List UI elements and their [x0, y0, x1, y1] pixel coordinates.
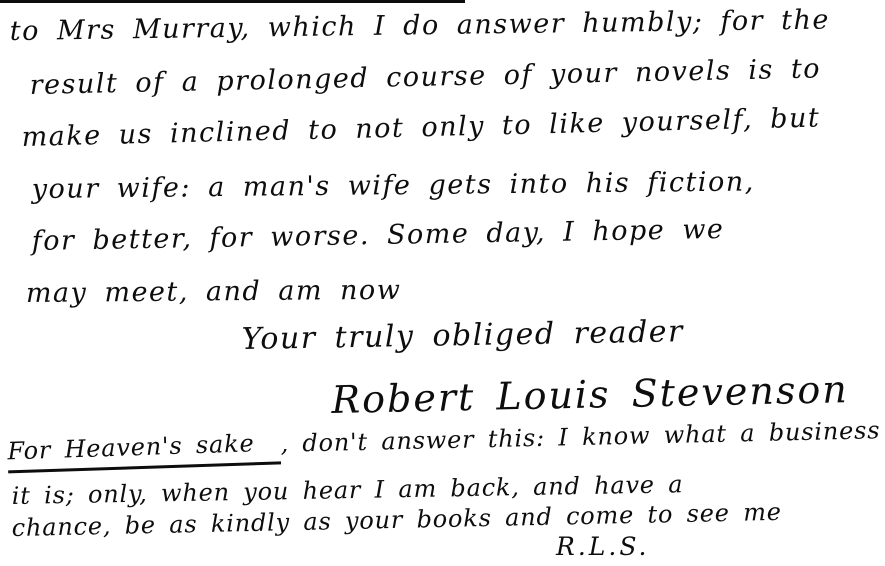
letter-line: make us inclined to not only to like you… [21, 102, 820, 153]
closing-line: Your truly obliged reader [241, 314, 684, 357]
letter-line: for better, for worse. Some day, I hope … [31, 214, 724, 257]
handwritten-letter-page: to Mrs Murray, which I do answer humbly;… [0, 0, 885, 566]
emphasized-underlined-phrase: For Heaven's sake [7, 428, 281, 473]
letter-line: may meet, and am now [26, 275, 402, 309]
letter-line: your wife: a man's wife gets into his fi… [32, 166, 755, 205]
scan-edge-artifact [0, 0, 465, 3]
signature-initials: R.L.S. [556, 532, 650, 561]
postscript-text: , don't answer this: I know what a busin… [280, 416, 880, 458]
postscript-line: For Heaven's sake, don't answer this: I … [7, 416, 881, 472]
letter-line: to Mrs Murray, which I do answer humbly;… [10, 5, 831, 47]
signature: Robert Louis Stevenson [331, 367, 849, 422]
letter-line: result of a prolonged course of your nov… [29, 53, 821, 101]
